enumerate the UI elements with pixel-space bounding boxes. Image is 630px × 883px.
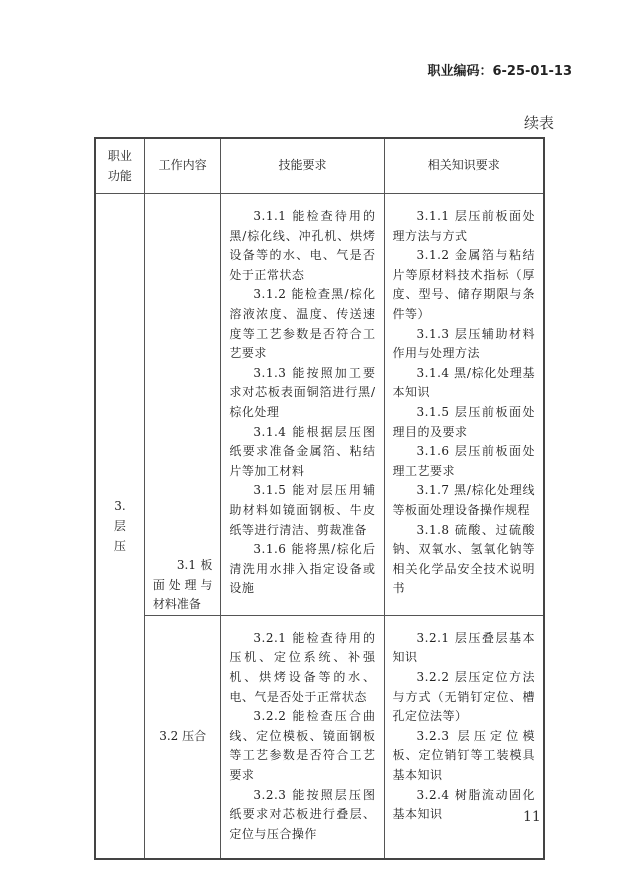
skills-cell: 3.1.1 能检查待用的黑/棕化线、冲孔机、烘烤设备等的水、电、气是否处于正常状… [221,194,384,616]
page-number: 11 [523,809,541,825]
knowledge-item: 3.1.4 黑/棕化处理基本知识 [393,364,535,403]
skill-item: 3.1.2 能检查黑/棕化溶液浓度、温度、传送速度等工艺参数是否符合工艺要求 [229,285,375,363]
skill-item: 3.2.2 能检查压合曲线、定位模板、镜面钢板等工艺参数是否符合工艺要求 [229,707,375,785]
table-row: 3.2 压合 3.2.1 能检查待用的压机、定位系统、补强机、烘烤设备等的水、电… [95,615,544,859]
work-content-cell: 3.1 板面处理与材料准备 [144,194,221,616]
knowledge-item: 3.2.1 层压叠层基本知识 [393,629,535,668]
skills-cell: 3.2.1 能检查待用的压机、定位系统、补强机、烘烤设备等的水、电、气是否处于正… [221,615,384,859]
column-header-skills: 技能要求 [221,138,384,194]
table-row: 3. 层压 3.1 板面处理与材料准备 3.1.1 能检查待用的黑/棕化线、冲孔… [95,194,544,616]
knowledge-item: 3.1.8 硫酸、过硫酸钠、双氧水、氢氧化钠等相关化学品安全技术说明书 [393,521,535,599]
job-code: 职业编码：6-25-01-13 [427,60,572,79]
work-content-label: 3.2 压合 [153,727,213,747]
skill-item: 3.1.5 能对层压用辅助材料如镜面钢板、牛皮纸等进行清洁、剪裁准备 [229,481,375,540]
skill-item: 3.1.6 能将黑/棕化后清洗用水排入指定设备或设施 [229,540,375,599]
continued-label: 续表 [524,112,554,133]
table-header-row: 职业功能 工作内容 技能要求 相关知识要求 [95,138,544,194]
work-content-cell: 3.2 压合 [144,615,221,859]
knowledge-item: 3.1.7 黑/棕化处理线等板面处理设备操作规程 [393,481,535,520]
column-header-knowledge: 相关知识要求 [384,138,544,194]
knowledge-item: 3.2.4 树脂流动固化基本知识 [393,786,535,825]
column-header-function: 职业功能 [95,138,144,194]
knowledge-item: 3.1.1 层压前板面处理方法与方式 [393,207,535,246]
skill-item: 3.2.1 能检查待用的压机、定位系统、补强机、烘烤设备等的水、电、气是否处于正… [229,629,375,707]
knowledge-cell: 3.1.1 层压前板面处理方法与方式 3.1.2 金属箔与粘结片等原材料技术指标… [384,194,544,616]
knowledge-item: 3.2.2 层压定位方法与方式（无销钉定位、槽孔定位法等） [393,668,535,727]
knowledge-item: 3.1.3 层压辅助材料作用与处理方法 [393,325,535,364]
work-content-label: 3.1 板面处理与材料准备 [153,376,213,615]
function-label: 3. 层压 [113,496,127,556]
skill-item: 3.1.1 能检查待用的黑/棕化线、冲孔机、烘烤设备等的水、电、气是否处于正常状… [229,207,375,285]
knowledge-item: 3.1.2 金属箔与粘结片等原材料技术指标（厚度、型号、储存期限与条件等） [393,246,535,324]
skill-item: 3.2.3 能按照层压图纸要求对芯板进行叠层、定位与压合操作 [229,786,375,845]
function-cell: 3. 层压 [95,194,144,860]
knowledge-item: 3.1.6 层压前板面处理工艺要求 [393,442,535,481]
column-header-work-content: 工作内容 [144,138,221,194]
knowledge-cell: 3.2.1 层压叠层基本知识 3.2.2 层压定位方法与方式（无销钉定位、槽孔定… [384,615,544,859]
knowledge-item: 3.1.5 层压前板面处理目的及要求 [393,403,535,442]
skill-item: 3.1.4 能根据层压图纸要求准备金属箔、粘结片等加工材料 [229,423,375,482]
skill-item: 3.1.3 能按照加工要求对芯板表面铜箔进行黑/棕化处理 [229,364,375,423]
skills-table: 职业功能 工作内容 技能要求 相关知识要求 3. 层压 3.1 板面处理与材料准… [94,137,545,860]
knowledge-item: 3.2.3 层压定位模板、定位销钉等工装模具基本知识 [393,727,535,786]
